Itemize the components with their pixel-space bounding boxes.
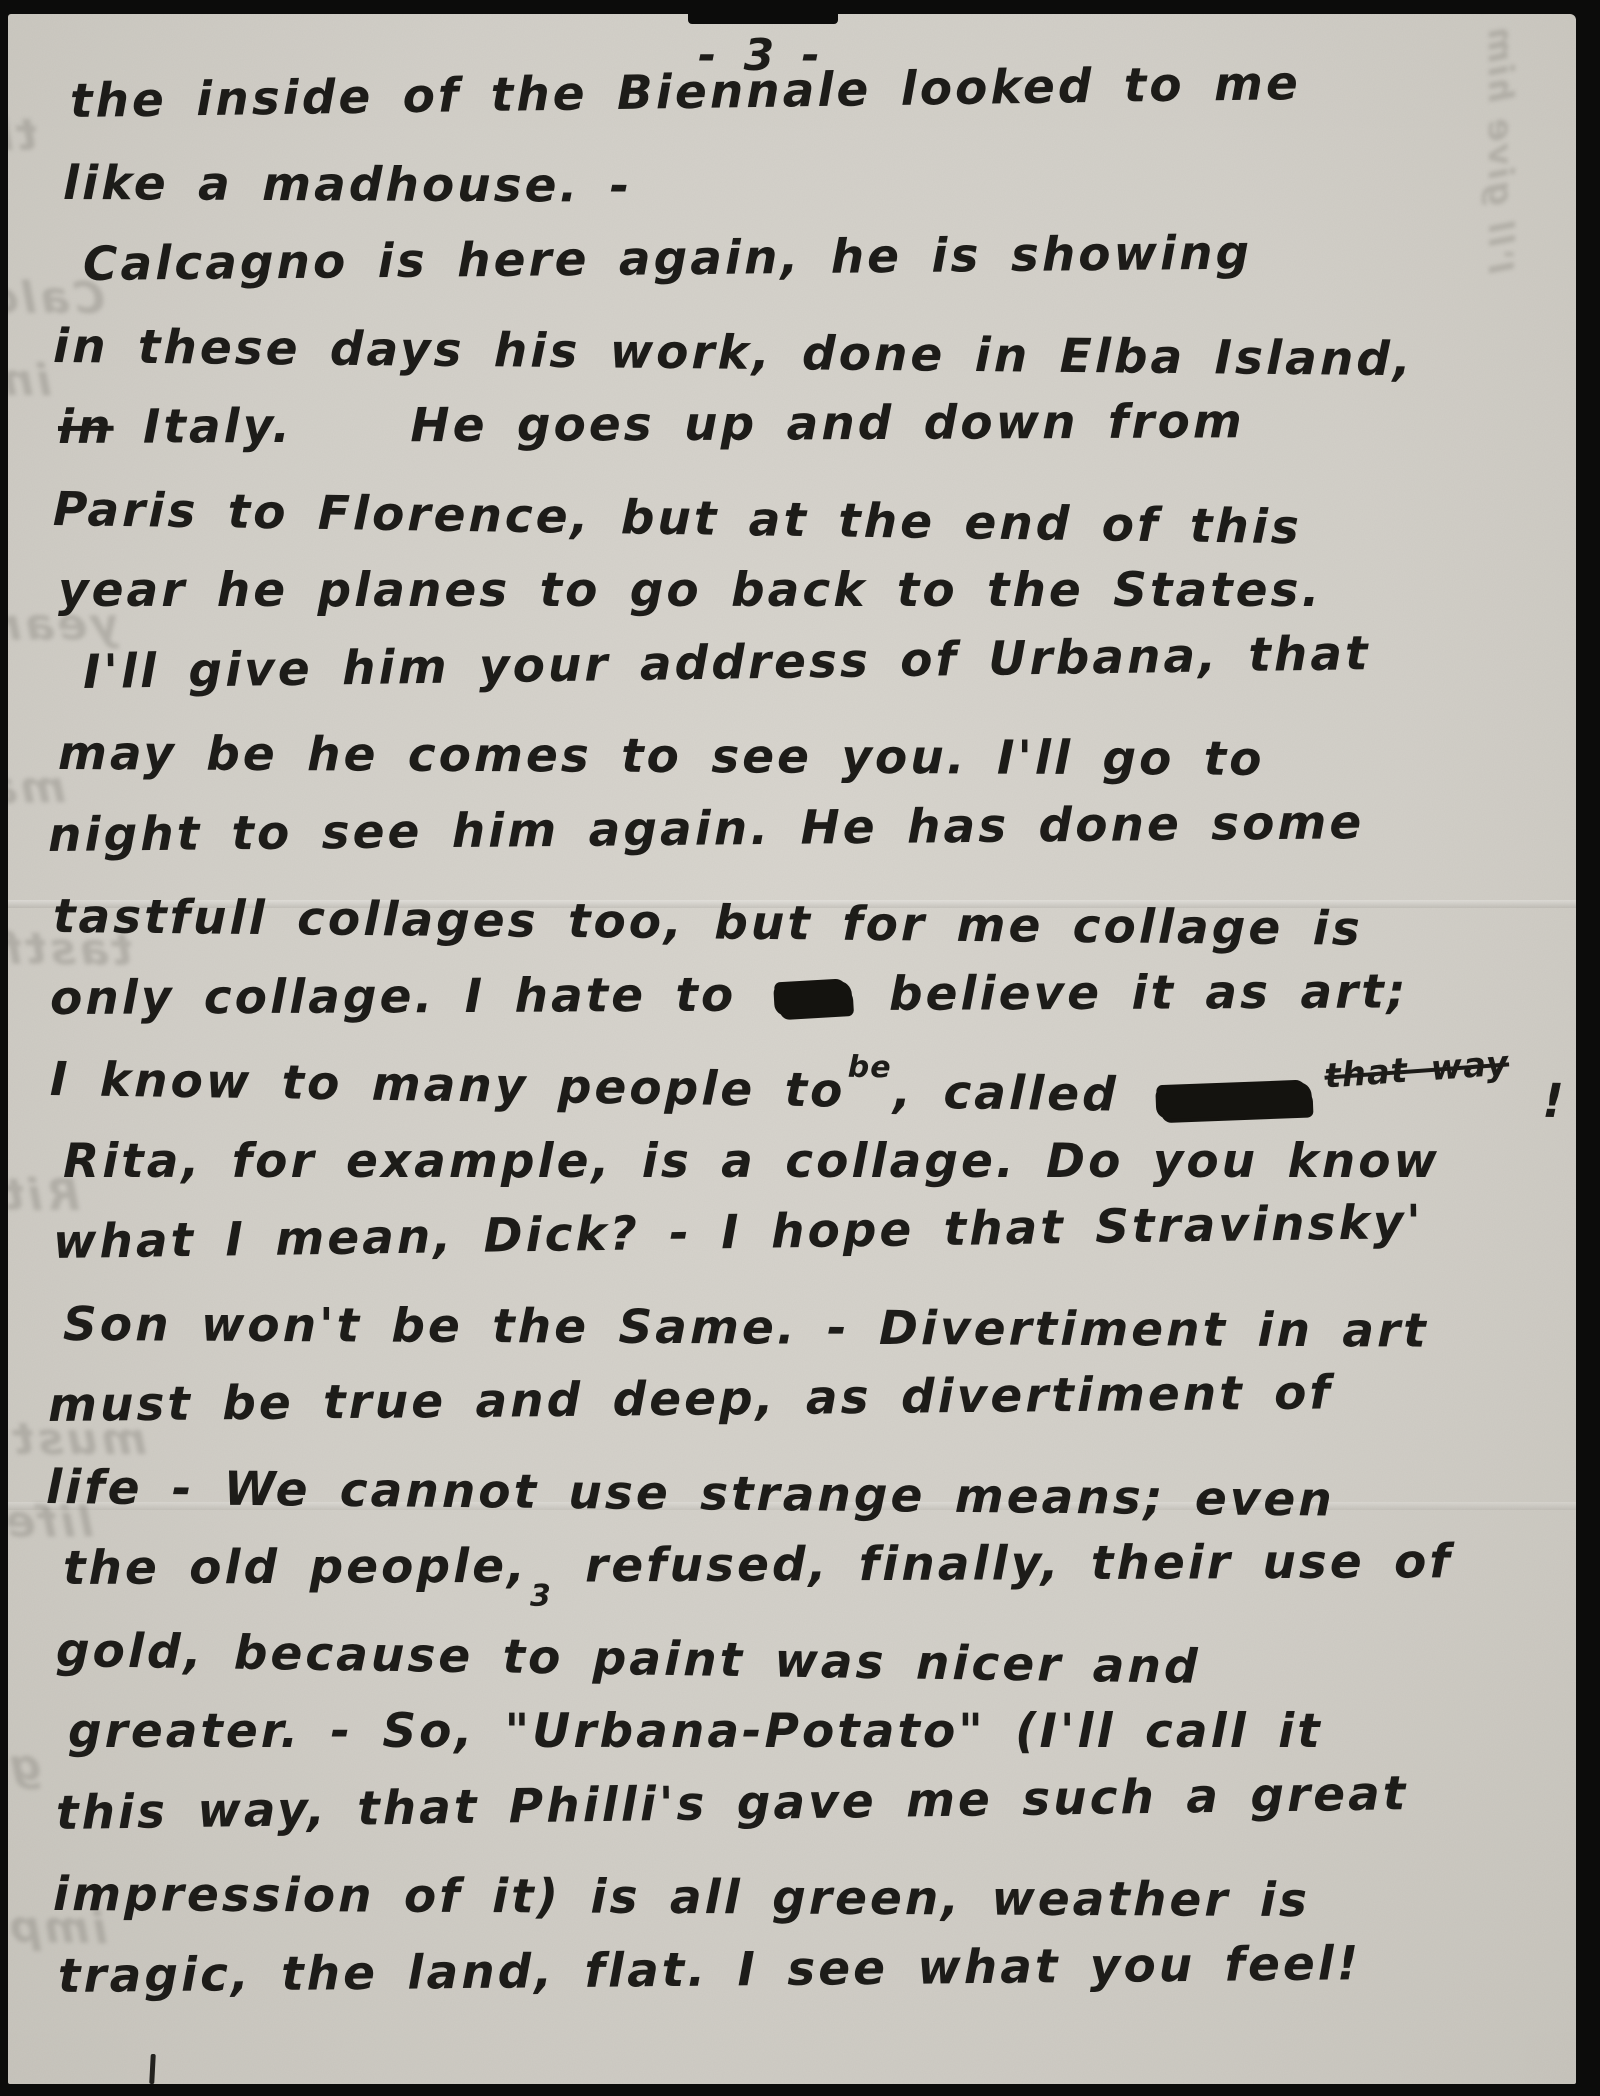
letter-line: tastfull collages too, but for me collag… [53, 889, 1363, 957]
letter-text: gold, because to paint was nicer and [56, 1623, 1201, 1695]
letter-line: only collage. I hate to believe it as ar… [50, 964, 1409, 1026]
letter-text: greater. - So, "Urbana-Potato" (I'll cal… [68, 1704, 1323, 1759]
letter-text: year he planes to go back to the States. [58, 563, 1322, 618]
letter-text: in these days his work, done in Elba Isl… [53, 319, 1414, 387]
letter-text: tastfull collages too, but for me collag… [53, 889, 1363, 957]
letter-text: the inside of the Biennale looked to me [70, 56, 1302, 129]
letter-text: Italy. He goes up and down from [113, 394, 1244, 455]
letter-line: I know to many people tobe, called that … [50, 1052, 1576, 1130]
letter-text: impression of it) is all green, weather … [53, 1867, 1310, 1928]
inserted-word-above: be [847, 1050, 891, 1086]
letter-text: I'll give him your address of Urbana, th… [83, 626, 1371, 700]
letter-line: year he planes to go back to the States. [58, 563, 1322, 618]
letter-text: , called [893, 1064, 1149, 1123]
letter-text: believe it as art; [859, 964, 1408, 1022]
scan-frame-notch [688, 0, 838, 24]
letter-text: may be he comes to see you. I'll go to [58, 726, 1265, 787]
letter-line: gold, because to paint was nicer and [56, 1623, 1201, 1695]
letter-text: the old people, [63, 1539, 528, 1596]
letter-line: greater. - So, "Urbana-Potato" (I'll cal… [68, 1704, 1323, 1759]
letter-line: I'll give him your address of Urbana, th… [83, 626, 1371, 700]
letter-line: Son won't be the Same. - Divertiment in … [63, 1297, 1429, 1359]
letter-text: Paris to Florence, but at the end of thi… [53, 482, 1303, 555]
letter-text: I know to many people to [50, 1052, 846, 1119]
inserted-word-struck: that way [1323, 1043, 1510, 1096]
letter-text: refused, finally, their use of [556, 1534, 1453, 1593]
letter-text: only collage. I hate to [50, 967, 766, 1025]
letter-line: night to see him again. He has done some [48, 795, 1365, 863]
letter-line: Paris to Florence, but at the end of thi… [53, 482, 1303, 555]
letter-line: in these days his work, done in Elba Isl… [53, 319, 1414, 387]
bleed-through-line: the inside of the Biennale looked to me [8, 94, 38, 161]
letter-line: impression of it) is all green, weather … [53, 1867, 1310, 1928]
crossed-out-word: in [58, 400, 114, 455]
bleed-through-line: greater. - So, "Urbana-Potato" (I'll cal… [8, 1740, 41, 1807]
letter-text: Son won't be the Same. - Divertiment in … [63, 1297, 1429, 1359]
stray-mark: 3 [530, 1579, 554, 1614]
scribbled-out-word [773, 980, 853, 1016]
letter-line: the old people,3 refused, finally, their… [63, 1534, 1453, 1596]
letter-line: Rita, for example, is a collage. Do you … [63, 1134, 1440, 1189]
scribbled-out-word [1155, 1081, 1312, 1119]
letter-line: tragic, the land, flat. I see what you f… [58, 1936, 1362, 2004]
letter-line: the inside of the Biennale looked to me [70, 56, 1302, 129]
bleed-through-vertical: I'll give him your address of Urbana, th… [1480, 14, 1520, 274]
letter-line: life - We cannot use strange means; even [46, 1460, 1335, 1528]
bleed-through-line: in these days his work, done in Elba Isl… [8, 355, 52, 406]
letter-text: Calcagno is here again, he is showing [83, 226, 1253, 292]
scanned-letter-page: the inside of the Biennale looked to meC… [0, 0, 1600, 2096]
letter-text: what I mean, Dick? - I hope that Stravin… [53, 1195, 1425, 1270]
letter-line: may be he comes to see you. I'll go to [58, 726, 1265, 787]
letter-text: tragic, the land, flat. I see what you f… [58, 1936, 1362, 2004]
letter-text: like a madhouse. - [63, 156, 633, 214]
letter-text: ! - [1513, 1073, 1576, 1130]
letter-text: night to see him again. He has done some [48, 795, 1365, 863]
letter-line: Calcagno is here again, he is showing [83, 226, 1253, 292]
letter-text: must be true and deep, as divertiment of [48, 1365, 1333, 1433]
letter-line: what I mean, Dick? - I hope that Stravin… [53, 1195, 1425, 1270]
letter-text: Rita, for example, is a collage. Do you … [63, 1134, 1440, 1189]
letter-line: this way, that Philli's gave me such a g… [56, 1766, 1409, 1841]
letter-paper: the inside of the Biennale looked to meC… [8, 14, 1576, 2084]
letter-text: life - We cannot use strange means; even [46, 1460, 1335, 1528]
letter-line: must be true and deep, as divertiment of [48, 1365, 1333, 1433]
letter-text: this way, that Philli's gave me such a g… [56, 1766, 1409, 1841]
letter-line: in Italy. He goes up and down from [58, 394, 1245, 455]
letter-line: like a madhouse. - [63, 156, 633, 214]
